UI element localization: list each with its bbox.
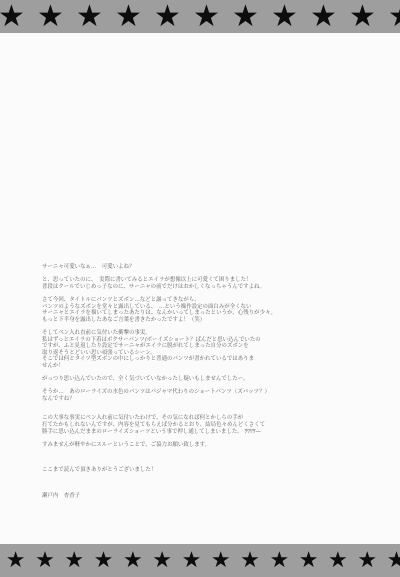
- star-icon: ★: [109, 0, 148, 33]
- text-line: ですが、ふと見返したり設定でサーニャがエイラに脱がれてしまった自分のズボンを: [42, 343, 362, 350]
- star-icon: ★: [0, 0, 31, 33]
- star-icon: ★: [89, 544, 118, 577]
- star-icon: ★: [323, 544, 352, 577]
- text-line: せんか！: [42, 363, 362, 370]
- star-icon: ★: [147, 544, 176, 577]
- star-icon: ★: [294, 544, 323, 577]
- text-line: 打てたかもしれないんですが、内容を見てもらえば分かるとおり、結局色々めんどくさく…: [42, 422, 362, 429]
- text-line: さて今回、タイトルにパンツとズボン…などと謳ってきながら、: [42, 297, 362, 304]
- text-line: サーニャとエイラを描いてしまったあたりは、なんかいってしまったというか、心残りが…: [42, 310, 362, 317]
- paragraph-9: ここまで読んで頂きありがとうございました！: [42, 467, 362, 474]
- star-icon: ★: [60, 544, 89, 577]
- star-icon: ★: [30, 544, 59, 577]
- paragraph-1: サーニャ可愛いなぁ… 可愛いよね？: [42, 264, 362, 271]
- paragraph-5: がっつり思い込んでいたので、全く気づいていなかったし疑いもしませんでしたー。: [42, 376, 362, 383]
- star-icon: ★: [265, 0, 304, 33]
- star-icon: ★: [235, 544, 264, 577]
- text-line: そしてぺン入れ直前に気付いた衝撃の事実。: [42, 330, 362, 337]
- text-line: と、思っていたのに、 実際に書いてみるとエイラが想像以上に可愛くて困りました！: [42, 277, 362, 284]
- star-icon: ★: [70, 0, 109, 33]
- text-line: 普段はクールでいじめっ子なのに、サーニャの前でだけはおかしくなっちゃうんですよね…: [42, 284, 362, 291]
- star-icon: ★: [304, 0, 343, 33]
- star-icon: ★: [118, 544, 147, 577]
- star-icon: ★: [206, 544, 235, 577]
- star-row-bottom: ★★★★★★★★★★★★★★: [1, 544, 400, 577]
- star-icon: ★: [31, 0, 70, 33]
- text-line: がっつり思い込んでいたので、全く気づいていなかったし疑いもしませんでしたー。: [42, 376, 362, 383]
- star-icon: ★: [343, 0, 382, 33]
- star-icon: ★: [187, 0, 226, 33]
- text-line: そうか… あのローライズの水色のパンツはパジャマ代わりのショートパンツ（ズバッツ…: [42, 389, 362, 396]
- star-icon: ★: [382, 0, 400, 33]
- star-icon: ★: [353, 544, 382, 577]
- paragraph-2: と、思っていたのに、 実際に書いてみるとエイラが想像以上に可愛くて困りました！ …: [42, 277, 362, 290]
- star-icon: ★: [177, 544, 206, 577]
- paragraph-6: そうか… あのローライズの水色のパンツはパジャマ代わりのショートパンツ（ズバッツ…: [42, 389, 362, 402]
- paragraph-7: この大事な事実にペン入れ前に気付いたわけで、その気になれば何とかしらの手が 打て…: [42, 415, 362, 435]
- star-icon: ★: [265, 544, 294, 577]
- star-icon: ★: [1, 544, 30, 577]
- star-row-top: ★★★★★★★★★★★: [0, 0, 400, 33]
- text-line: もっと下半身を露出したあなご言葉を書きたかったですよ！（笑）: [42, 317, 362, 324]
- paragraph-3: さて今回、タイトルにパンツとズボン…などと謳ってきながら、 パンツのようなズボン…: [42, 297, 362, 323]
- star-border-top: ★★★★★★★★★★★: [0, 0, 400, 33]
- text-line: すみませんが軽やかにスルーということで、ご協力お願い致します。: [42, 442, 362, 449]
- afterword-text: サーニャ可愛いなぁ… 可愛いよね？ と、思っていたのに、 実際に書いてみるとエイ…: [42, 264, 362, 500]
- star-icon: ★: [382, 544, 400, 577]
- text-line: サーニャ可愛いなぁ… 可愛いよね？: [42, 264, 362, 271]
- text-line: なんですね？: [42, 396, 362, 403]
- text-line: 勝手に思い込んだままのローライズショーツという事で押し通してしまいました。 ﾜﾜ…: [42, 429, 362, 436]
- author-signature: 瀬戸内 杏香子: [42, 493, 362, 500]
- paragraph-4: そしてぺン入れ直前に気付いた衝撃の事実。 私はずっとエイラの下着はボクサーパンツ…: [42, 330, 362, 370]
- text-line: ここまで読んで頂きありがとうございました！: [42, 467, 362, 474]
- star-icon: ★: [226, 0, 265, 33]
- paragraph-8: すみませんが軽やかにスルーということで、ご協力お願い致します。: [42, 442, 362, 449]
- star-border-bottom: ★★★★★★★★★★★★★★: [0, 544, 400, 577]
- text-line: そこでは何とタイツ型ズボンの中にしっかりと普通のパンツが書かれているではありま: [42, 356, 362, 363]
- star-icon: ★: [148, 0, 187, 33]
